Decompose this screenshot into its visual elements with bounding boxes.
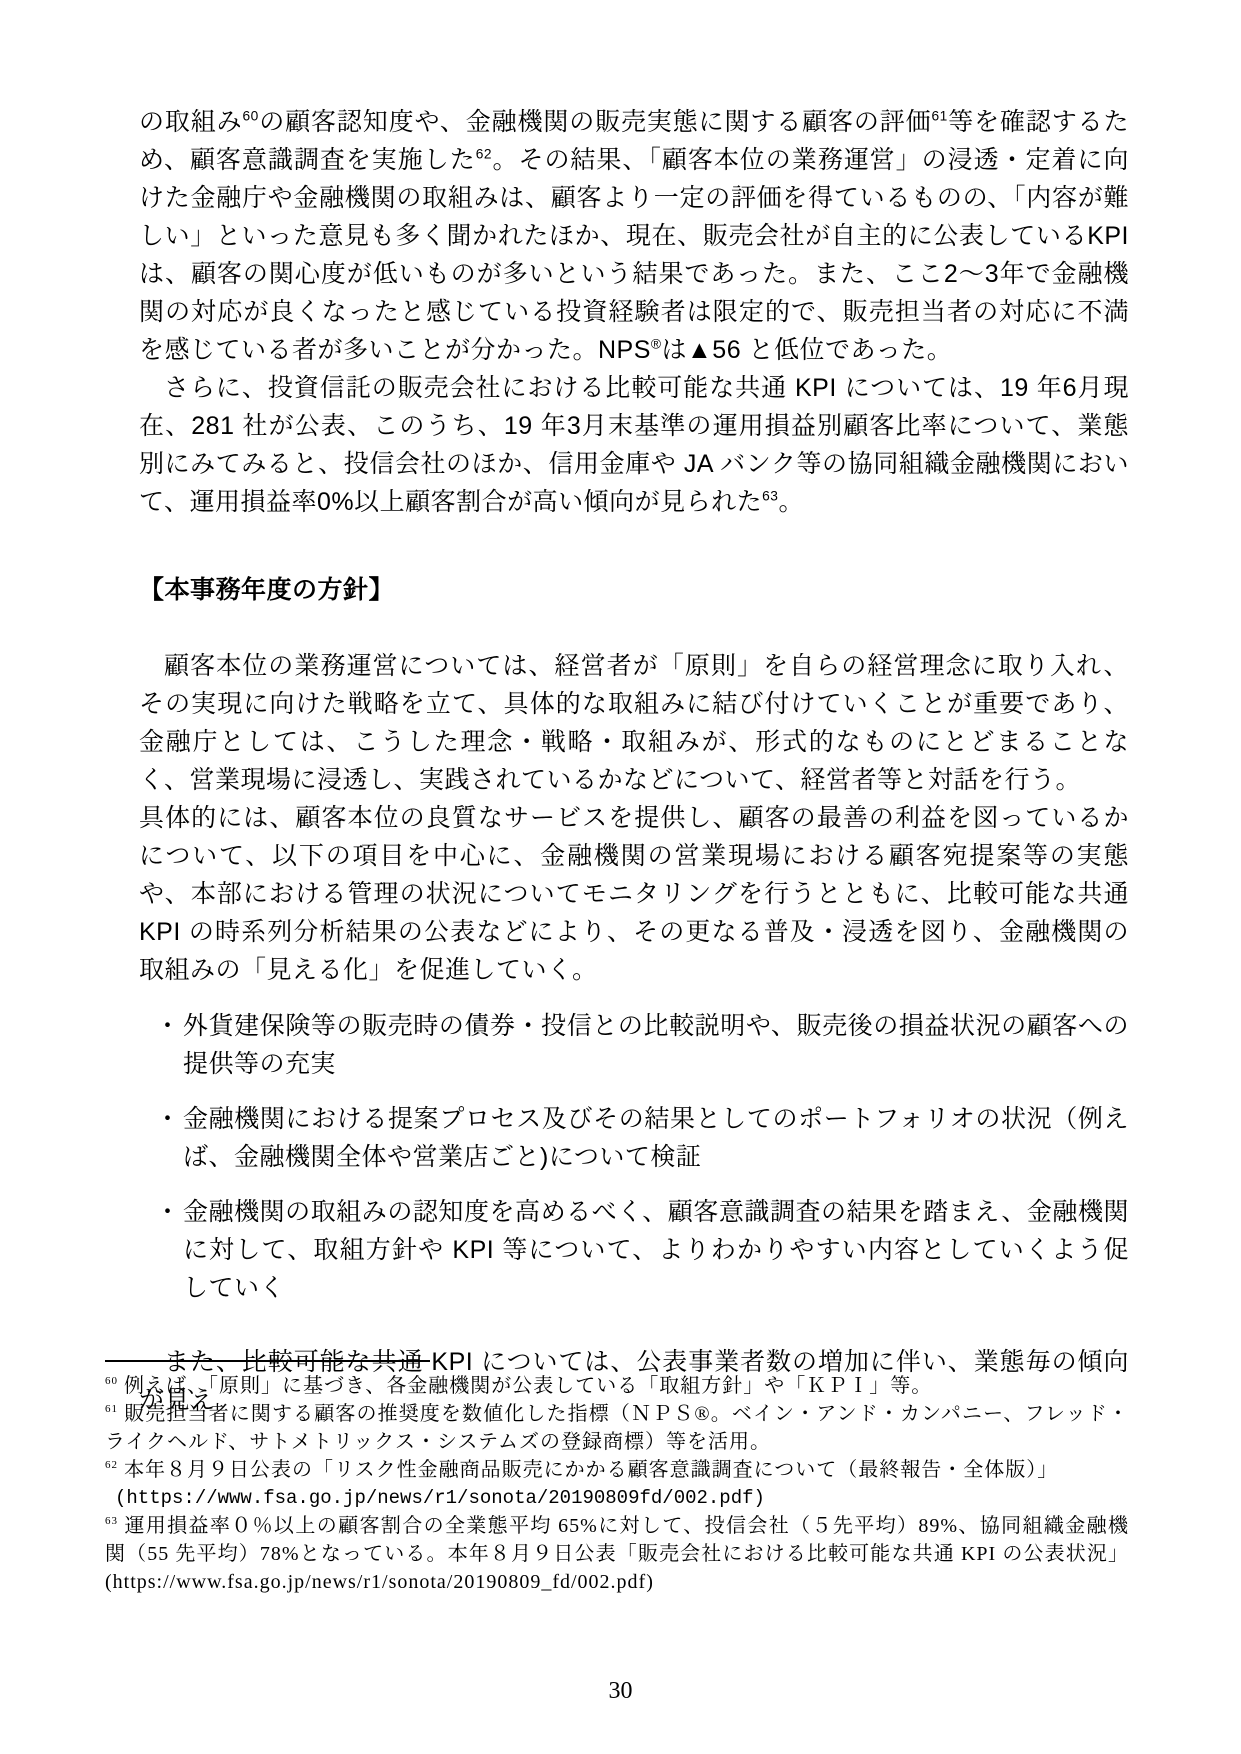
document-page: の取組み60の顧客認知度や、金融機関の販売実態に関する顧客の評価61等を確認する…: [0, 0, 1241, 1754]
footnote-63: 63運用損益率０％以上の顧客割合の全業態平均 65%に対して、投信会社（５先平均…: [105, 1512, 1129, 1596]
bullet-icon: ・: [155, 1100, 181, 1138]
bullet-item-2: ・ 金融機関における提案プロセス及びその結果としてのポートフォリオの状況（例えば…: [139, 1100, 1129, 1176]
body-paragraph-3: 顧客本位の業務運営については、経営者が「原則」を自らの経営理念に取り入れ、その実…: [139, 647, 1129, 799]
footnote-marker: 63: [105, 1515, 118, 1527]
footnote-text: 本年８月９日公表の「リスク性金融商品販売にかかる顧客意識調査について（最終報告・…: [124, 1459, 1058, 1481]
bullet-item-3: ・ 金融機関の取組みの認知度を高めるべく、顧客意識調査の結果を踏まえ、金融機関に…: [139, 1193, 1129, 1307]
footnote-section: 60例えば、「原則」に基づき、各金融機関が公表している「取組方針」や「ＫＰＩ」等…: [105, 1360, 1129, 1596]
page-number: 30: [0, 1678, 1241, 1705]
footnote-separator-line: [105, 1360, 430, 1362]
footnote-60: 60例えば、「原則」に基づき、各金融機関が公表している「取組方針」や「ＫＰＩ」等…: [105, 1372, 1129, 1400]
footnote-marker: 61: [105, 1403, 118, 1415]
footnote-text: 販売担当者に関する顧客の推奨度を数値化した指標（ＮＰＳ®。ベイン・アンド・カンパ…: [105, 1403, 1129, 1453]
bullet-item-text: 金融機関の取組みの認知度を高めるべく、顧客意識調査の結果を踏まえ、金融機関に対し…: [183, 1198, 1129, 1302]
footnote-text: 運用損益率０％以上の顧客割合の全業態平均 65%に対して、投信会社（５先平均）8…: [105, 1515, 1129, 1593]
bullet-item-text: 外貨建保険等の販売時の債券・投信との比較説明や、販売後の損益状況の顧客への提供等…: [183, 1012, 1129, 1078]
bullet-icon: ・: [155, 1193, 181, 1231]
footnote-text: 例えば、「原則」に基づき、各金融機関が公表している「取組方針」や「ＫＰＩ」等。: [124, 1375, 932, 1397]
bullet-item-1: ・ 外貨建保険等の販売時の債券・投信との比較説明や、販売後の損益状況の顧客への提…: [139, 1007, 1129, 1083]
body-text-block: の取組み60の顧客認知度や、金融機関の販売実態に関する顧客の評価61等を確認する…: [139, 103, 1129, 1419]
footnote-61: 61販売担当者に関する顧客の推奨度を数値化した指標（ＮＰＳ®。ベイン・アンド・カ…: [105, 1400, 1129, 1456]
body-paragraph-1: の取組み60の顧客認知度や、金融機関の販売実態に関する顧客の評価61等を確認する…: [139, 103, 1129, 369]
footnote-62: 62本年８月９日公表の「リスク性金融商品販売にかかる顧客意識調査について（最終報…: [105, 1456, 1129, 1512]
footnote-marker: 60: [105, 1375, 118, 1387]
bullet-icon: ・: [155, 1007, 181, 1045]
section-heading: 【本事務年度の方針】: [139, 571, 1129, 609]
footnote-url: (https://www.fsa.go.jp/news/r1/sonota/20…: [105, 1484, 1129, 1512]
bullet-list: ・ 外貨建保険等の販売時の債券・投信との比較説明や、販売後の損益状況の顧客への提…: [139, 1007, 1129, 1307]
bullet-item-text: 金融機関における提案プロセス及びその結果としてのポートフォリオの状況（例えば、金…: [183, 1105, 1129, 1171]
body-paragraph-4: 具体的には、顧客本位の良質なサービスを提供し、顧客の最善の利益を図っているかにつ…: [139, 799, 1129, 989]
body-paragraph-2: さらに、投資信託の販売会社における比較可能な共通 KPI については、19 年6…: [139, 369, 1129, 521]
footnote-marker: 62: [105, 1459, 118, 1471]
